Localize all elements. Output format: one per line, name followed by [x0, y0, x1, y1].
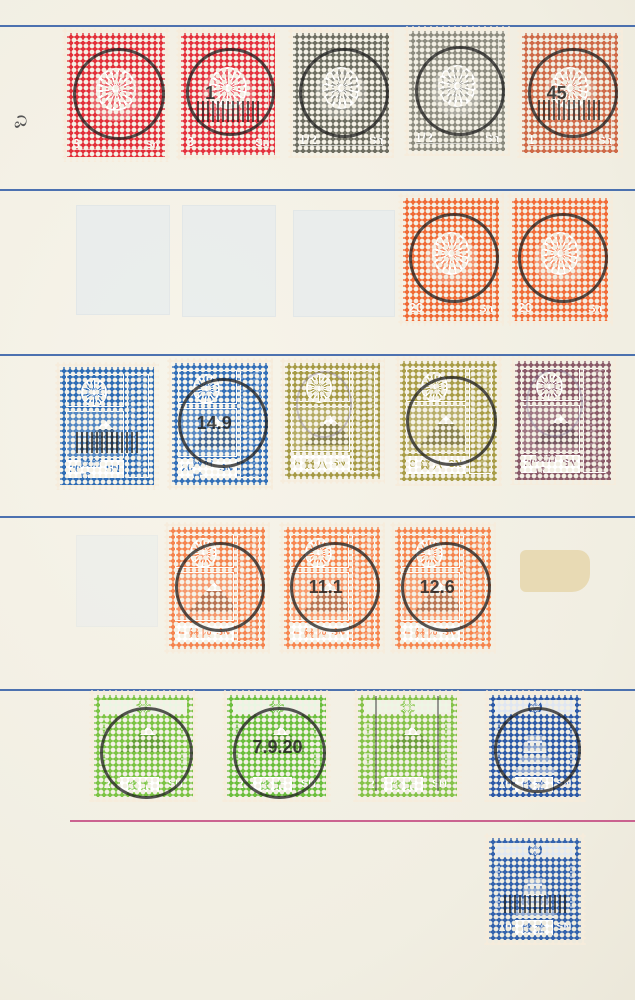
stamp-face: 20錢拾貳SN: [172, 363, 268, 485]
stamp[interactable]: 4錢 四SN: [390, 522, 496, 654]
denomination: 2: [237, 777, 244, 791]
chrysanthemum-icon: [438, 65, 476, 107]
mount-fuji-icon: [420, 415, 466, 445]
chrysanthemum-icon: [541, 232, 579, 274]
mount-fuji-icon: [253, 726, 309, 752]
denomination-unit: Sn: [598, 135, 612, 147]
stamp-face: 1/2Sn: [293, 33, 389, 153]
mount-fuji-icon: [120, 726, 176, 752]
denomination: 10: [499, 920, 512, 934]
postmark-light: [296, 371, 353, 438]
denomination-kanji: 錢拾貳: [193, 454, 220, 484]
denomination-caption: 8錢 八SN: [291, 455, 350, 472]
denomination: 20: [182, 463, 193, 474]
chrysanthemum-icon: [209, 67, 247, 109]
denomination-unit: SN: [448, 459, 462, 470]
postmark-box: [375, 696, 439, 791]
deer-panel: [237, 534, 260, 641]
denomination: 1: [528, 132, 535, 147]
denomination-kanji: 錢 拾: [515, 920, 554, 935]
denomination-caption: 4錢 四SN: [290, 623, 350, 641]
empty-stamp-space: [76, 535, 158, 627]
ornament-right: [181, 717, 187, 774]
empty-stamp-space: [76, 205, 170, 315]
mount-fuji-icon: [303, 582, 349, 612]
castle-tier: [520, 756, 551, 764]
stamp[interactable]: 3Sn: [62, 28, 170, 162]
stamp[interactable]: 1/2Sn: [288, 28, 394, 158]
castle-icon: [503, 726, 567, 775]
stamp[interactable]: 4錢 四SN: [279, 522, 385, 654]
mount-fuji-icon: [414, 582, 460, 612]
denomination-unit: Sn: [588, 303, 602, 315]
mount-fuji-icon: [191, 418, 237, 448]
ornament-left: [495, 717, 501, 774]
stamp[interactable]: 20錢拾貳SN: [167, 358, 273, 490]
ornament-left: [233, 717, 239, 774]
denomination-kanji: 錢 四: [189, 625, 212, 640]
stamp-face: 1/2Sn: [409, 31, 505, 151]
stamp-face: 2錢 貳SN: [227, 695, 326, 797]
fuji-panel: [290, 572, 350, 621]
denomination-caption: 20錢拾貳SN: [66, 460, 124, 478]
denomination-kanji: 錢 拾: [515, 777, 554, 792]
hinge-stain: [520, 550, 590, 592]
denomination-unit: SN: [301, 778, 316, 790]
denomination: 1/2: [415, 130, 433, 145]
denomination-kanji: 錢拾貳: [536, 449, 563, 479]
castle-tier: [527, 878, 542, 886]
denomination: 10: [499, 777, 512, 791]
ornament-left: [364, 717, 370, 774]
denomination-unit: SN: [331, 627, 345, 638]
stamp[interactable]: 1/2Sn: [404, 26, 510, 156]
chrysanthemum-icon: [193, 374, 220, 404]
ornament-right: [314, 717, 320, 774]
denomination-kanji: 錢 貳: [253, 777, 292, 792]
denomination: 1/2: [299, 132, 317, 147]
stamp-face: 4錢 四SN: [284, 527, 380, 649]
denomination: 2: [104, 777, 111, 791]
postmark-light: [526, 369, 583, 438]
denomination-caption: 20錢拾貳SN: [178, 459, 238, 477]
denomination-kanji: 錢 四: [415, 625, 438, 640]
stamp[interactable]: 3Sn: [176, 28, 280, 160]
denomination: 4: [405, 627, 411, 638]
denomination-kanji: 錢 貳: [120, 777, 159, 792]
deer-panel: [469, 368, 492, 474]
denomination-unit: SN: [562, 458, 576, 469]
album-rule: [0, 516, 635, 518]
chrysanthemum-icon: [416, 538, 443, 568]
denomination-unit: SN: [168, 778, 183, 790]
castle-icon: [503, 869, 567, 918]
deer-panel: [240, 370, 263, 477]
denomination: 4: [179, 627, 185, 638]
chrysanthemum-icon: [322, 67, 360, 109]
ornament-left: [495, 860, 501, 917]
deer-panel: [127, 374, 150, 478]
denomination-unit: Sn: [255, 137, 269, 149]
denomination-kanji: 錢 四: [304, 625, 327, 640]
stamp-face: 2錢 貳SN: [94, 695, 193, 797]
deer-panel: [352, 370, 375, 472]
denomination-caption: 10錢 拾SN: [495, 777, 576, 792]
denomination-unit: SN: [219, 463, 233, 474]
stamp-face: 4錢 四SN: [395, 527, 491, 649]
denomination-caption: 20錢拾貳SN: [521, 455, 581, 473]
denomination-unit: Sn: [485, 133, 499, 145]
fuji-panel: [178, 408, 238, 457]
denomination: 4: [294, 627, 300, 638]
stamp-face: 20Sn: [403, 198, 499, 321]
castle-tier: [520, 899, 551, 907]
chrysanthemum-icon: [432, 232, 470, 274]
stamp-face: 4錢 四SN: [169, 527, 265, 649]
fuji-panel: [66, 411, 124, 458]
chrysanthemum-icon: [305, 538, 332, 568]
stamp[interactable]: 10錢 拾SN: [484, 833, 586, 945]
empty-stamp-space: [293, 210, 395, 317]
stamp[interactable]: 20Sn: [507, 193, 613, 326]
denomination-kanji: 錢拾貳: [81, 454, 106, 484]
fuji-panel: [401, 572, 461, 621]
denomination: 20: [525, 458, 536, 469]
stamp[interactable]: 2錢 貳SN: [222, 690, 331, 802]
denomination: 20: [518, 300, 532, 315]
denomination-caption: 8錢 八SN: [406, 456, 466, 474]
denomination-unit: SN: [556, 921, 571, 933]
deer-panel: [463, 534, 486, 641]
denomination-unit: Sn: [479, 303, 493, 315]
ornament-left: [100, 717, 106, 774]
ornament-right: [570, 717, 576, 774]
castle-tier: [523, 888, 546, 896]
stamp-face: 10錢 拾SN: [489, 695, 581, 797]
denomination: 3: [73, 136, 80, 151]
empty-stamp-space: [182, 205, 276, 317]
denomination-kanji: 錢 八: [420, 457, 443, 472]
fuji-panel: [406, 405, 466, 453]
pencil-note: ಎ: [9, 107, 29, 135]
stamp[interactable]: 20錢拾貳SN: [55, 362, 159, 490]
denomination-unit: SN: [556, 778, 571, 790]
deer-panel: [583, 368, 606, 473]
album-page: ಎ 3Sn3Sn11/2Sn1/2Sn1Sn4520Sn20Sn20錢拾貳SN2…: [0, 0, 635, 1000]
album-rule: [0, 25, 635, 27]
stamp[interactable]: 2錢 貳SN: [89, 690, 198, 802]
stamp-face: 8錢 八SN: [400, 361, 497, 481]
deer-panel: [352, 534, 375, 641]
denomination-caption: 2錢 貳SN: [233, 777, 320, 792]
album-rule-pink: [70, 820, 635, 822]
fuji-panel: [175, 572, 235, 621]
stamp[interactable]: 10錢 拾SN: [484, 690, 586, 802]
denomination-unit: SN: [442, 627, 456, 638]
denomination-caption: 10錢 拾SN: [495, 920, 576, 935]
mount-fuji-icon: [79, 420, 124, 450]
chrysanthemum-icon: [96, 68, 135, 111]
denomination-unit: SN: [332, 458, 346, 469]
chrysanthemum-icon: [551, 67, 589, 109]
chrysanthemum-icon: [190, 538, 217, 568]
denomination-caption: 2錢 貳SN: [100, 777, 187, 792]
castle-tier: [527, 735, 542, 743]
stamp-face: 3Sn: [181, 33, 275, 155]
stamp-face: 20錢拾貳SN: [60, 367, 154, 485]
stamp-face: 10錢 拾SN: [489, 838, 581, 940]
denomination-unit: SN: [216, 627, 230, 638]
castle-tier: [523, 745, 546, 753]
ornament-right: [570, 860, 576, 917]
denomination-caption: 4錢 四SN: [175, 623, 235, 641]
denomination: 8: [295, 458, 301, 469]
stamp[interactable]: 1Sn: [517, 28, 623, 158]
ornament-right: [445, 717, 451, 774]
mount-fuji-icon: [188, 582, 234, 612]
castle-tier: [516, 767, 555, 775]
stamp[interactable]: 20Sn: [398, 193, 504, 326]
denomination-kanji: 錢 八: [305, 456, 328, 471]
denomination: 20: [70, 464, 81, 475]
stamp[interactable]: 8錢 八SN: [395, 356, 502, 486]
stamp[interactable]: 4錢 四SN: [164, 522, 270, 654]
denomination-unit: Sn: [145, 139, 159, 151]
denomination-unit: SN: [106, 464, 120, 475]
stamp-face: 20Sn: [512, 198, 608, 321]
chrysanthemum-icon: [81, 378, 107, 407]
denomination: 3: [187, 134, 194, 149]
denomination: 8: [410, 459, 416, 470]
denomination-unit: Sn: [369, 135, 383, 147]
album-rule: [0, 189, 635, 191]
castle-tier: [516, 910, 555, 918]
denomination: 2: [368, 777, 375, 791]
stamp-face: 3Sn: [67, 33, 165, 157]
stamp-face: 1Sn: [522, 33, 618, 153]
denomination: 20: [409, 300, 423, 315]
denomination-caption: 4錢 四SN: [401, 623, 461, 641]
